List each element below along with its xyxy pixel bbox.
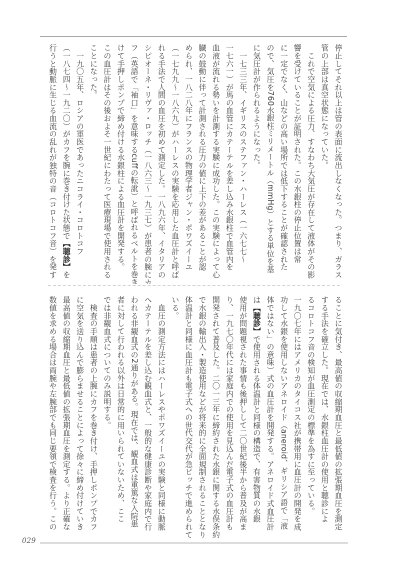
block-divider [48,285,340,286]
text-column: 者に対して行われる以外は日常的に用いられていないため、ここ [114,296,128,538]
text-column: ので、気圧を760水銀柱ミリメートル（mmHg）とする単位を基 [263,44,277,284]
text-column: けて手押しポンプで締め付ける水銀柱による血圧計を開発する。 [114,44,128,284]
text-column: に一定でなく、山などの高い場所では低下することが確認された [277,44,291,284]
text-column: 功して水銀を使用しないアネロイド（aneroid、ギリシア語で「液 [277,296,291,538]
text-column: いる。 [168,296,182,538]
text-column: ることに気付き、最高値の収縮期血圧と最低値の拡張期血圧を測定 [331,296,345,538]
text-column: 体ではない」の意味）式の血圧計を開発する。アネロイド式血圧計 [263,296,277,538]
header-rule [40,36,347,37]
text-column: に気圧計が作られるようになった。 [250,44,264,284]
text-column: 体温計と同様に血圧計も電子式への世代交代が急ピッチで進められて [182,296,196,538]
text-segment: で使用される体温計と同様の構造で、有害物質の水銀 [252,335,261,523]
text-column: する手法を確立した。現在では、水銀柱血圧計の使用と聴診によ [318,296,332,538]
upper-text-block: 停止してそれ以上は管の表面に流出しなくなった。つまり、ガラス 管の上部は真空状態… [45,44,345,284]
text-column: シピオーネ・リヴァ・ロッチ（一八六三〜一九三七）が患者の腕にカ [141,44,155,284]
text-column: 血圧の測定方法にはハーレスやポワズイーユの実験と同様に動脈 [155,296,169,538]
page-number: 029 [22,537,36,545]
highlighted-term: 【聴診】 [62,240,71,271]
footer-rule [40,542,348,544]
text-column: 一七六一）が馬の血管にカテーテルを差し込み水銀柱で血管内を [223,44,237,284]
text-column: 行うと動脈に生じる血流の乱れが独特の音（コロトコフ音）を発す [46,44,60,284]
text-column: フ（英語で「袖口」を意味するcuffの転訛）と呼ばれるベルトを巻き付 [128,44,142,284]
text-column: では非観血式についてのみ説明する。 [100,296,114,538]
highlighted-term: 【聴診】 [252,304,261,335]
text-column: るコロトコフ音の検知が血圧測定の標準を為すに至っている。 [304,296,318,538]
text-segment: （一八七四〜一九二〇）がカフを腕に巻き付けた状態で [62,44,71,240]
text-column: 最高値の収縮期血圧と最低値の拡張期血圧を測定する。より正確な [60,296,74,538]
text-column: 停止してそれ以上は管の表面に流出しなくなった。つまり、ガラス [331,44,345,284]
text-column: められ、一八二八年にフランスの物理学者ジャン・ポワズイーユ [182,44,196,284]
text-column: 検査の手順は患者の上腕にカフを巻き付け、手押しポンプでカフ [87,296,101,538]
text-column: り、一九七〇年代には家庭内での使用を見込んだ電子式の血圧計も [223,296,237,538]
text-column: この血圧計はその後およそ一世紀にわたって医療現場で使用される [100,44,114,284]
text-column: 血液が流れる勢いを計測する実験に成功した。この実験によって心 [209,44,223,284]
text-column: 管の上部は真空状態になっていた。 [318,44,332,284]
text-column: 使用が問題視された事情も後押しして二〇世紀後半から普及が高ま [236,296,250,538]
text-column: 数値を求める場合は両腕や左腕部でも同じ要領で検査を行う。この [46,296,60,538]
text-column: へカテーテルを差し込む観血式と、一般的な健康診断や家庭内で行 [141,296,155,538]
text-column: 臓の鼓動に伴って計測される圧力の値に上下の差があることが認 [195,44,209,284]
text-column: ことになった。 [87,44,101,284]
text-column: （一七九九〜一八六九）がハーレスの実験を応用した血圧計と呼ば [168,44,182,284]
text-segment: を [62,271,71,279]
text-column: 一九〇七年にはアメリカのタイコス社が携帯用に血圧計の開発を成 [291,296,305,538]
text-column: 一七三三年、イギリスのステファン・ハーレス（一六七七〜 [236,44,250,284]
text-column: 一九〇五年、ロシアの軍医であったニコライ・コロトコフ [73,44,87,284]
text-segment: は [252,296,261,304]
text-column: れる手法で人間の血圧を初めて測定した。一八九六年、イタリアの [155,44,169,284]
text-column: われる非観血式の2通りがある。現在では、観血式は重篤な入院患 [128,296,142,538]
lower-text-block: ることに気付き、最高値の収縮期血圧と最低値の拡張期血圧を測定 する手法を確立した… [45,296,345,538]
text-column: に空気を送り込んで膨らませることによって徐々に締め付けていき [73,296,87,538]
text-column: 開発されて普及した。二〇一三年に締約された水銀に関する水俣条約 [209,296,223,538]
text-column: 響を受けていることが証明された。この水銀柱の停止位置は常 [291,44,305,284]
text-column: これで空気による圧力、すなわち大気圧が存在して液体がその影 [304,44,318,284]
text-column: で水銀の輸出入・製造使用などが将来的に全面規制されることとなり [195,296,209,538]
text-column-with-term: （一八七四〜一九二〇）がカフを腕に巻き付けた状態で【聴診】を [60,44,74,284]
text-column-with-term: は【聴診】で使用される体温計と同様の構造で、有害物質の水銀 [250,296,264,538]
